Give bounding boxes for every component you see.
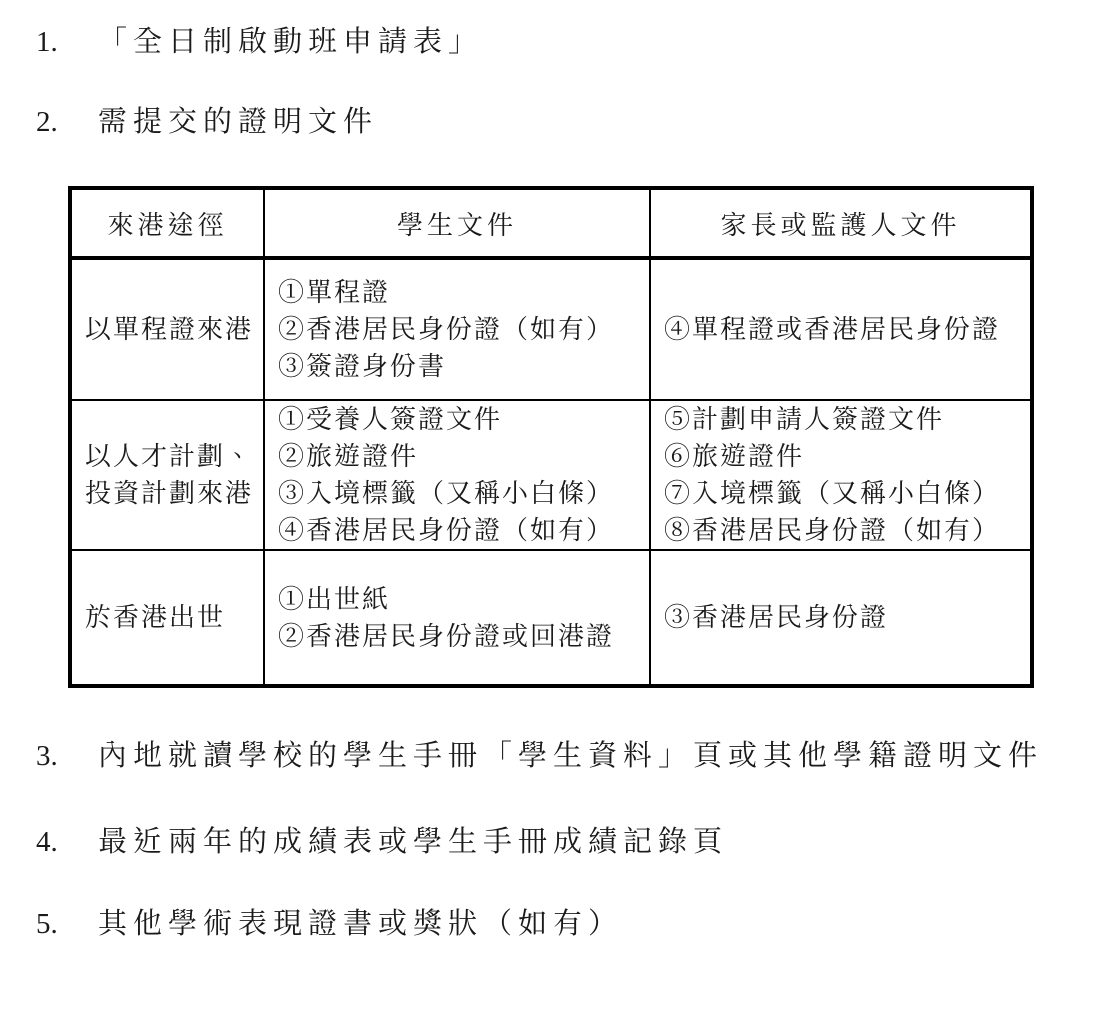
- student-docs-cell: ①出世紙 ②香港居民身份證或回港證: [264, 550, 650, 686]
- list-number: 5.: [36, 904, 98, 944]
- guardian-docs-cell: ③香港居民身份證: [650, 550, 1032, 686]
- header-route: 來港途徑: [70, 188, 264, 258]
- list-item-5: 5. 其他學術表現證書或獎狀（如有）: [36, 904, 1104, 944]
- list-number: 4.: [36, 822, 98, 862]
- header-student-docs: 學生文件: [264, 188, 650, 258]
- list-item-1: 1. 「全日制啟動班申請表」: [36, 22, 1104, 62]
- student-docs-cell: ①單程證 ②香港居民身份證（如有） ③簽證身份書: [264, 258, 650, 400]
- list-number: 2.: [36, 102, 98, 142]
- list-text: 需提交的證明文件: [98, 102, 378, 142]
- route-cell: 以人才計劃、 投資計劃來港: [70, 400, 264, 550]
- route-cell: 以單程證來港: [70, 258, 264, 400]
- list-number: 3.: [36, 736, 98, 776]
- list-text: 「全日制啟動班申請表」: [98, 22, 483, 62]
- table-row: 於香港出世 ①出世紙 ②香港居民身份證或回港證 ③香港居民身份證: [70, 550, 1032, 686]
- student-docs-cell: ①受養人簽證文件 ②旅遊證件 ③入境標籤（又稱小白條） ④香港居民身份證（如有）: [264, 400, 650, 550]
- list-item-4: 4. 最近兩年的成績表或學生手冊成績記錄頁: [36, 822, 1104, 862]
- header-guardian-docs: 家長或監護人文件: [650, 188, 1032, 258]
- route-cell: 於香港出世: [70, 550, 264, 686]
- document-page: 1. 「全日制啟動班申請表」 2. 需提交的證明文件 來港途徑 學生文件 家長或…: [0, 0, 1104, 944]
- guardian-docs-cell: ④單程證或香港居民身份證: [650, 258, 1032, 400]
- list-text: 其他學術表現證書或獎狀（如有）: [98, 904, 623, 944]
- list-item-3: 3. 內地就讀學校的學生手冊「學生資料」頁或其他學籍證明文件: [36, 736, 1104, 776]
- guardian-docs-cell: ⑤計劃申請人簽證文件 ⑥旅遊證件 ⑦入境標籤（又稱小白條） ⑧香港居民身份證（如…: [650, 400, 1032, 550]
- list-number: 1.: [36, 22, 98, 62]
- table-header-row: 來港途徑 學生文件 家長或監護人文件: [70, 188, 1032, 258]
- documents-table: 來港途徑 學生文件 家長或監護人文件 以單程證來港 ①單程證 ②香港居民身份證（…: [68, 186, 1034, 688]
- list-text: 內地就讀學校的學生手冊「學生資料」頁或其他學籍證明文件: [98, 736, 1043, 776]
- list-text: 最近兩年的成績表或學生手冊成績記錄頁: [98, 822, 728, 862]
- table-row: 以人才計劃、 投資計劃來港 ①受養人簽證文件 ②旅遊證件 ③入境標籤（又稱小白條…: [70, 400, 1032, 550]
- list-item-2: 2. 需提交的證明文件: [36, 102, 1104, 142]
- table-row: 以單程證來港 ①單程證 ②香港居民身份證（如有） ③簽證身份書 ④單程證或香港居…: [70, 258, 1032, 400]
